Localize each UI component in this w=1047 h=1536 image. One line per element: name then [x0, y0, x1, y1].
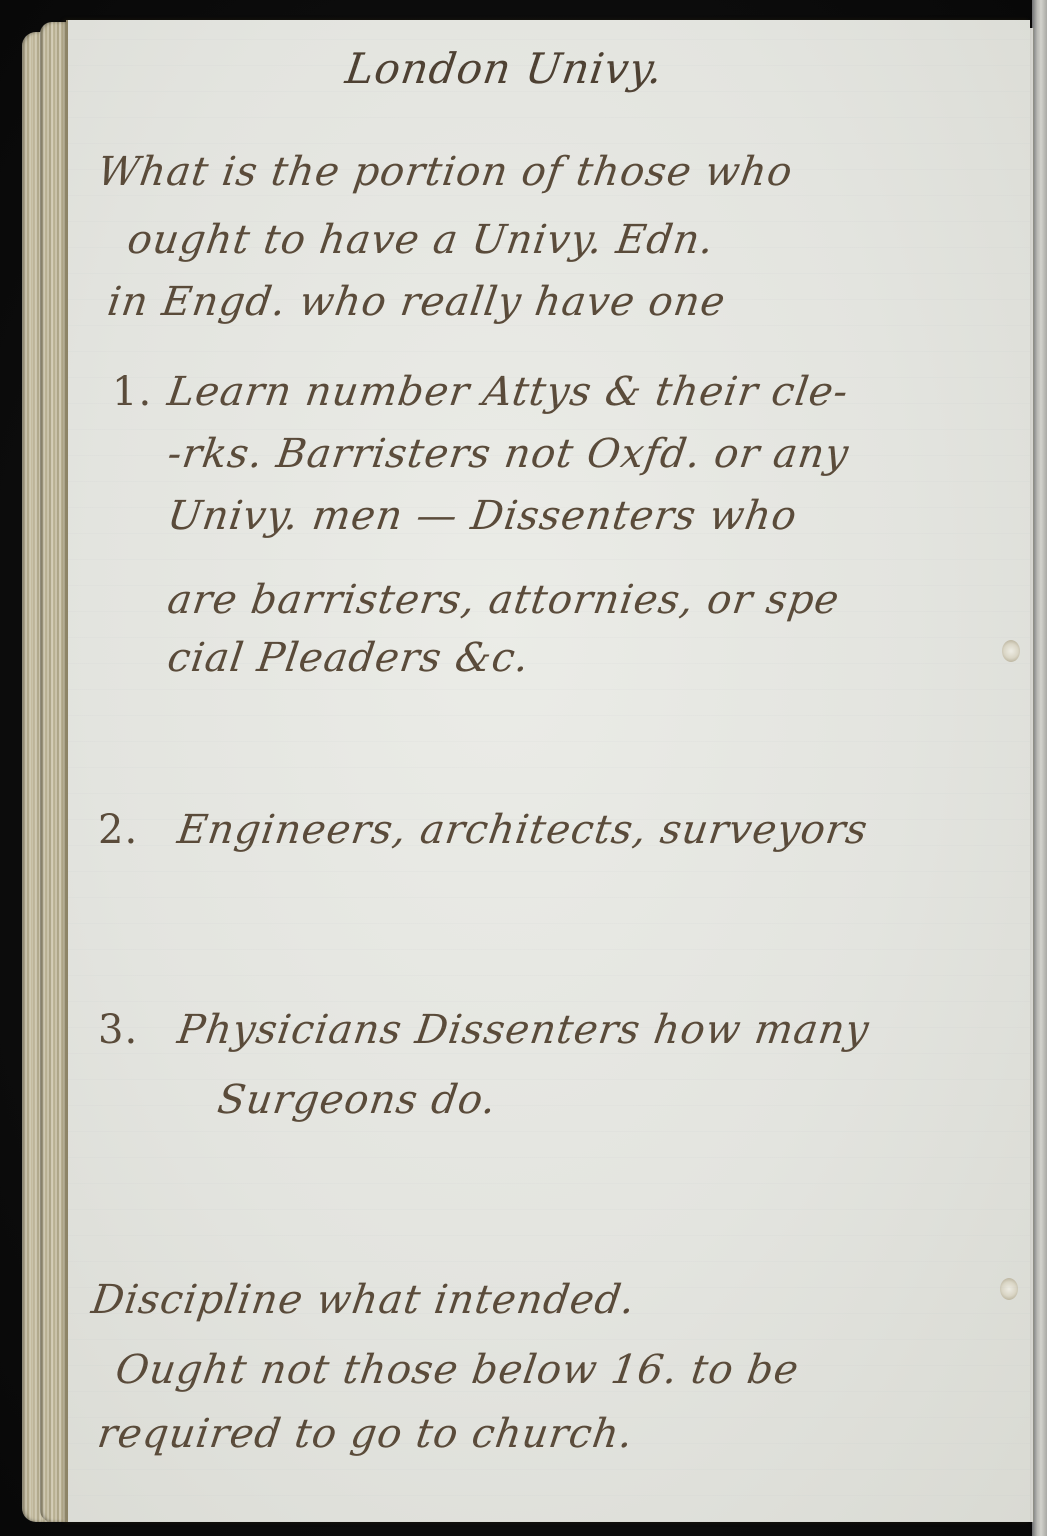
- list-item-line: are barristers, attornies, or spe: [165, 580, 842, 620]
- page-heading: London Univy.: [343, 48, 666, 90]
- list-item-line: Engineers, architects, surveyors: [175, 810, 870, 850]
- binding-hole: [1000, 1278, 1018, 1300]
- closing-line: required to go to church.: [95, 1414, 636, 1454]
- intro-line: What is the portion of those who: [95, 152, 795, 192]
- list-item-line: -rks. Barristers not Oxfd. or any: [165, 434, 851, 474]
- intro-line: ought to have a Univy. Edn.: [125, 220, 717, 260]
- list-number: 2.: [98, 810, 138, 850]
- list-item-line: Learn number Attys & their cle-: [165, 372, 851, 412]
- list-number: 1.: [112, 372, 152, 412]
- closing-line: Ought not those below 16. to be: [113, 1350, 801, 1390]
- binding-hole: [1002, 640, 1020, 662]
- intro-line: in Engd. who really have one: [105, 282, 728, 322]
- list-item-line: Physicians Dissenters how many: [175, 1010, 872, 1050]
- closing-line: Discipline what intended.: [89, 1280, 638, 1320]
- list-number: 3.: [98, 1010, 138, 1050]
- list-item-line: cial Pleaders &c.: [165, 638, 532, 678]
- list-item-line: Univy. men — Dissenters who: [165, 496, 800, 536]
- list-item-line: Surgeons do.: [215, 1080, 499, 1120]
- manuscript-page: London Univy. What is the portion of tho…: [66, 20, 1030, 1522]
- binding-gutter: [1032, 0, 1047, 1536]
